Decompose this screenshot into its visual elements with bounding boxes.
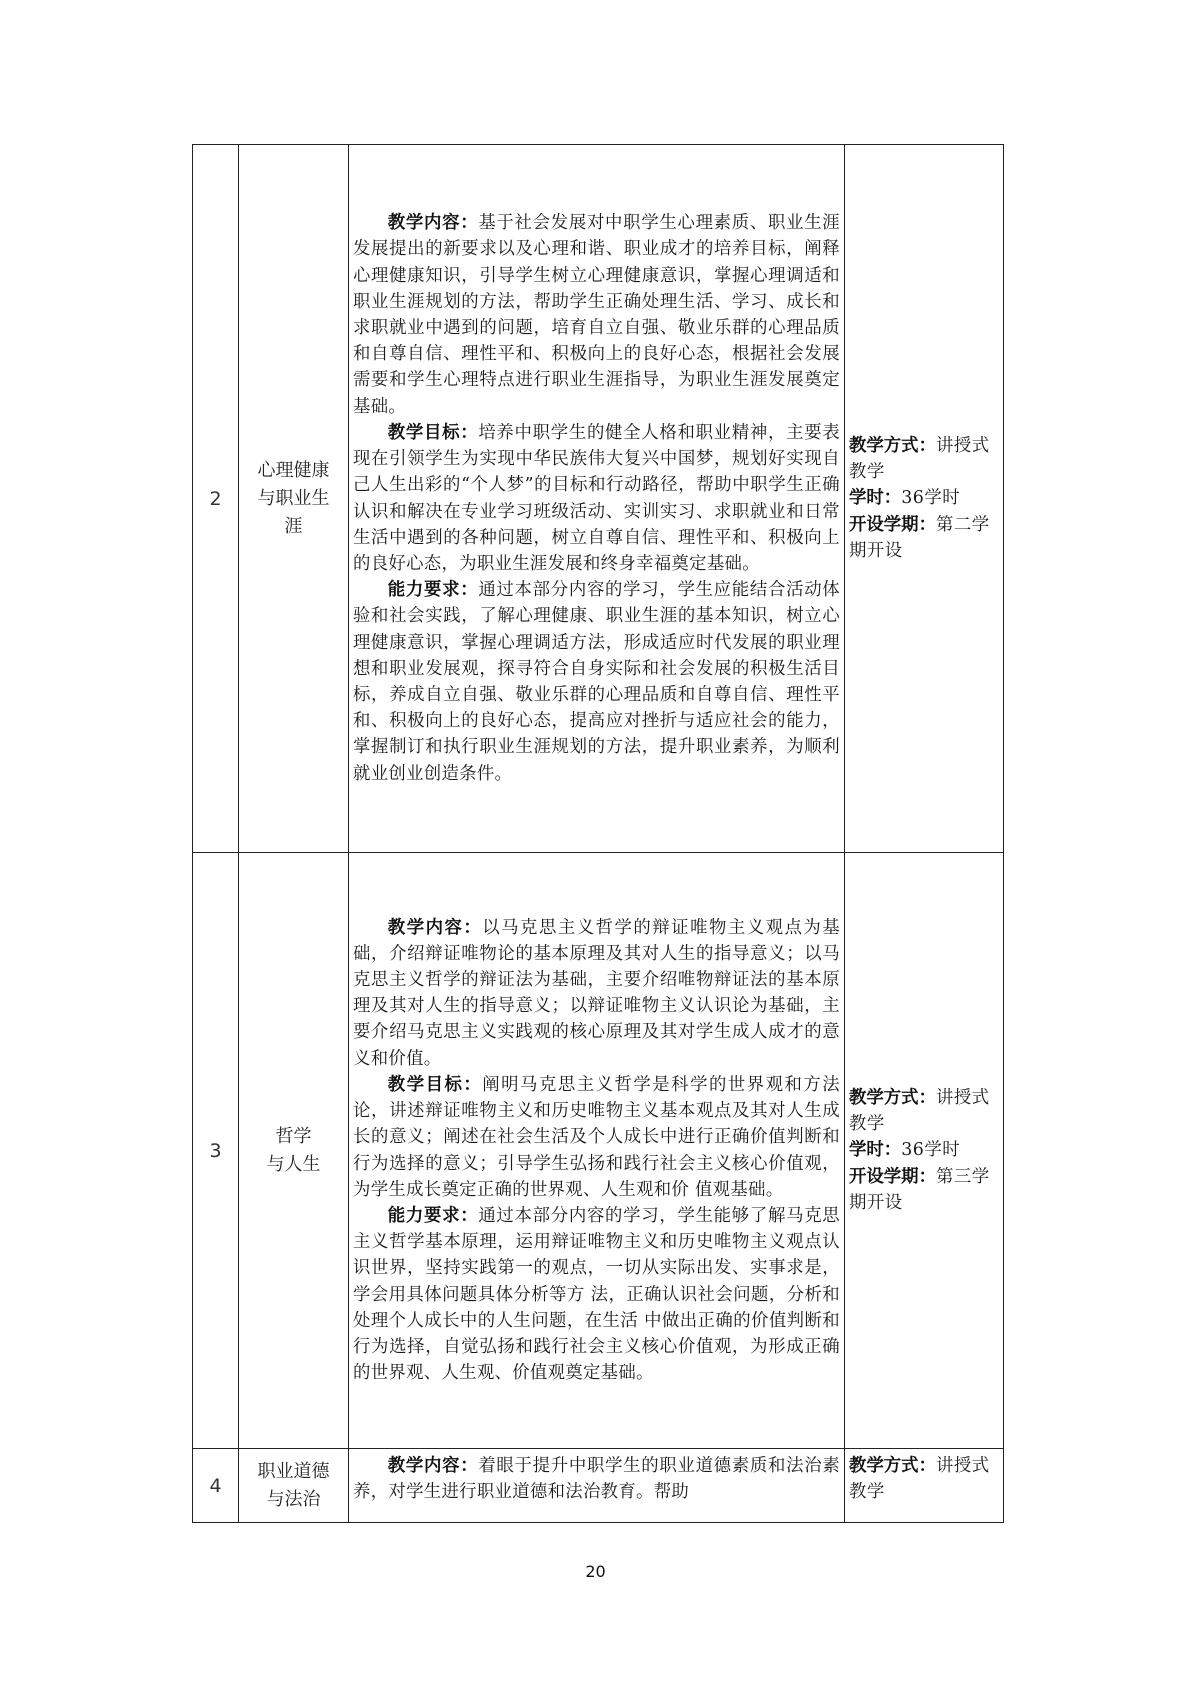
course-name-line: 职业道德 xyxy=(239,1458,348,1486)
section-text: 通过本部分内容的学习，学生能够了解马克思主义哲学基本原理，运用辩证唯物主义和历史… xyxy=(353,1206,840,1383)
hours-label: 学时： xyxy=(849,488,901,508)
hours-value: 36学时 xyxy=(901,488,960,508)
row-index: 3 xyxy=(193,853,239,1449)
section-label: 能力要求： xyxy=(388,580,479,600)
section-label: 教学目标： xyxy=(388,423,479,443)
course-description: 教学内容：以马克思主义哲学的辩证唯物主义观点为基础，介绍辩证唯物论的基本原理及其… xyxy=(349,853,845,1449)
course-name: 哲学 与人生 xyxy=(239,853,349,1449)
section-text: 基于社会发展对中职学生心理素质、职业生涯发展提出的新要求以及心理和谐、职业成才的… xyxy=(353,213,840,416)
course-info: 教学方式：讲授式教学 学时：36学时 开设学期：第二学期开设 xyxy=(845,145,1004,853)
term-label: 开设学期： xyxy=(849,515,936,535)
term-label: 开设学期： xyxy=(849,1167,936,1187)
course-name-line: 与人生 xyxy=(239,1151,348,1179)
teaching-goal: 教学目标：阐明马克思主义哲学是科学的世界观和方法论，讲述辩证唯物主义和历史唯物主… xyxy=(353,1072,840,1203)
course-description: 教学内容：基于社会发展对中职学生心理素质、职业生涯发展提出的新要求以及心理和谐、… xyxy=(349,145,845,853)
term: 开设学期：第二学期开设 xyxy=(849,512,999,564)
course-table: 2 心理健康 与职业生 涯 教学内容：基于社会发展对中职学生心理素质、职业生涯发… xyxy=(192,144,1004,1523)
class-hours: 学时：36学时 xyxy=(849,1137,999,1163)
method-label: 教学方式： xyxy=(849,436,936,456)
section-text: 通过本部分内容的学习，学生应能结合活动体验和社会实践，了解心理健康、职业生涯的基… xyxy=(353,580,840,783)
hours-label: 学时： xyxy=(849,1140,901,1160)
ability-requirement: 能力要求：通过本部分内容的学习，学生应能结合活动体验和社会实践，了解心理健康、职… xyxy=(353,577,840,787)
method-label: 教学方式： xyxy=(849,1456,936,1476)
teaching-content: 教学内容：着眼于提升中职学生的职业道德素质和法治素养，对学生进行职业道德和法治教… xyxy=(353,1453,840,1505)
row-index: 4 xyxy=(193,1449,239,1523)
table-row: 3 哲学 与人生 教学内容：以马克思主义哲学的辩证唯物主义观点为基础，介绍辩证唯… xyxy=(193,853,1004,1449)
course-name: 职业道德 与法治 xyxy=(239,1449,349,1523)
teaching-content: 教学内容：以马克思主义哲学的辩证唯物主义观点为基础，介绍辩证唯物论的基本原理及其… xyxy=(353,915,840,1072)
course-info: 教学方式：讲授式教学 xyxy=(845,1449,1004,1523)
section-label: 教学内容： xyxy=(388,213,479,233)
table-row: 4 职业道德 与法治 教学内容：着眼于提升中职学生的职业道德素质和法治素养，对学… xyxy=(193,1449,1004,1523)
method-label: 教学方式： xyxy=(849,1088,936,1108)
class-hours: 学时：36学时 xyxy=(849,485,999,511)
course-name-line: 与职业生 xyxy=(239,485,348,513)
teaching-method: 教学方式：讲授式教学 xyxy=(849,1085,999,1137)
page-number: 20 xyxy=(0,1562,1191,1581)
teaching-method: 教学方式：讲授式教学 xyxy=(849,433,999,485)
section-label: 教学内容： xyxy=(388,1456,479,1476)
ability-requirement: 能力要求：通过本部分内容的学习，学生能够了解马克思主义哲学基本原理，运用辩证唯物… xyxy=(353,1203,840,1386)
row-index: 2 xyxy=(193,145,239,853)
section-text: 以马克思主义哲学的辩证唯物主义观点为基础，介绍辩证唯物论的基本原理及其对人生的指… xyxy=(353,918,840,1069)
course-name-line: 心理健康 xyxy=(239,457,348,485)
course-name-line: 哲学 xyxy=(239,1123,348,1151)
course-name: 心理健康 与职业生 涯 xyxy=(239,145,349,853)
course-name-line: 涯 xyxy=(239,513,348,541)
table-row: 2 心理健康 与职业生 涯 教学内容：基于社会发展对中职学生心理素质、职业生涯发… xyxy=(193,145,1004,853)
teaching-content: 教学内容：基于社会发展对中职学生心理素质、职业生涯发展提出的新要求以及心理和谐、… xyxy=(353,210,840,420)
section-label: 教学目标： xyxy=(388,1075,482,1095)
section-label: 能力要求： xyxy=(388,1206,479,1226)
section-label: 教学内容： xyxy=(388,918,482,938)
course-info: 教学方式：讲授式教学 学时：36学时 开设学期：第三学期开设 xyxy=(845,853,1004,1449)
hours-value: 36学时 xyxy=(901,1140,960,1160)
course-name-line: 与法治 xyxy=(239,1486,348,1514)
teaching-goal: 教学目标：培养中职学生的健全人格和职业精神，主要表现在引领学生为实现中华民族伟大… xyxy=(353,420,840,577)
teaching-method: 教学方式：讲授式教学 xyxy=(849,1453,999,1505)
section-text: 培养中职学生的健全人格和职业精神，主要表现在引领学生为实现中华民族伟大复兴中国梦… xyxy=(353,423,840,574)
course-description: 教学内容：着眼于提升中职学生的职业道德素质和法治素养，对学生进行职业道德和法治教… xyxy=(349,1449,845,1523)
term: 开设学期：第三学期开设 xyxy=(849,1164,999,1216)
